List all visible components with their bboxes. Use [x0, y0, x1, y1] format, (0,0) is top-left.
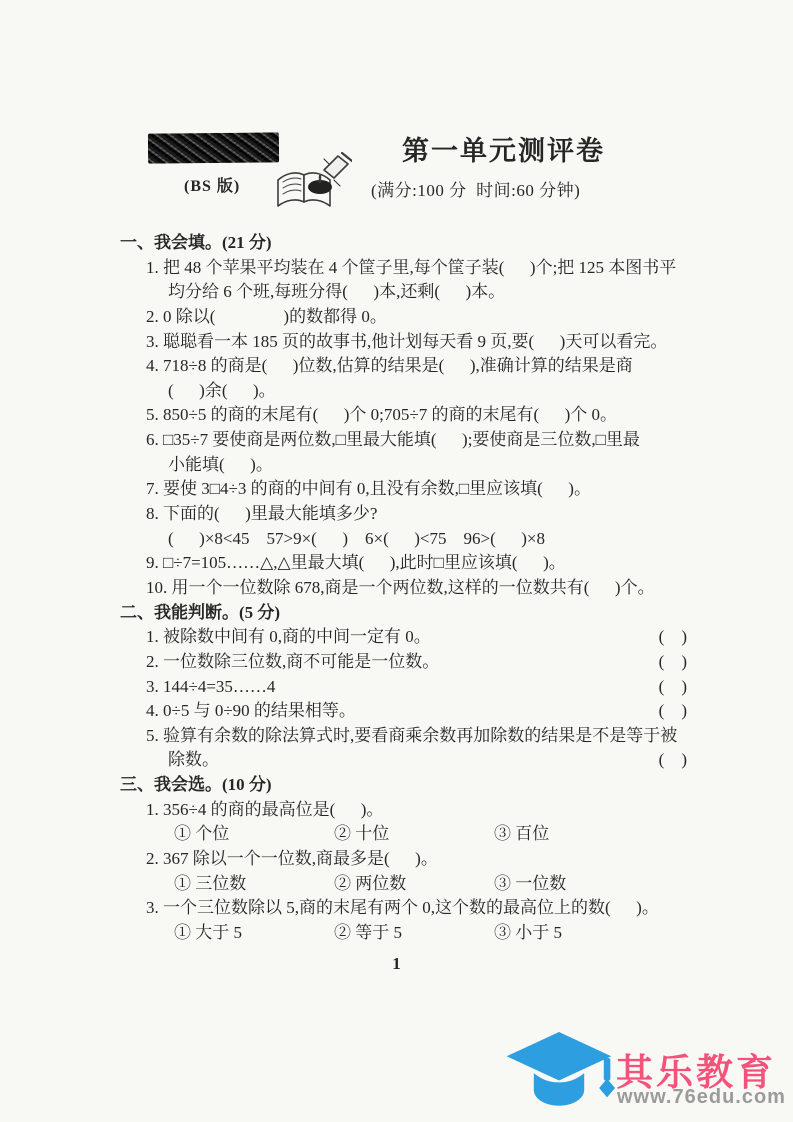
fill-line: 4. 718÷8 的商是( )位数,估算的结果是( ),准确计算的结果是商 — [120, 354, 687, 379]
fill-line: 1. 把 48 个苹果平均装在 4 个筐子里,每个筐子装( )个;把 125 本… — [120, 256, 687, 281]
judge-answer-blank: ( ) — [659, 650, 687, 675]
choice-option: ① 三位数 — [174, 872, 334, 897]
book-microscope-illustration — [274, 150, 352, 215]
fill-line: 9. □÷7=105……△,△里最大填( ),此时□里应该填( )。 — [120, 551, 687, 576]
choice-options: ① 三位数 ② 两位数 ③ 一位数 — [120, 872, 687, 897]
brand-url: www.76edu.com — [617, 1086, 786, 1109]
judge-line: 除数。 ( ) — [120, 748, 687, 773]
judge-text: 除数。 — [168, 748, 219, 773]
judge-line: 1. 被除数中间有 0,商的中间一定有 0。 ( ) — [120, 625, 687, 650]
judge-answer-blank: ( ) — [659, 675, 687, 700]
fill-line: 均分给 6 个班,每班分得( )本,还剩( )本。 — [120, 280, 687, 305]
judge-line: 5. 验算有余数的除法算式时,要看商乘余数再加除数的结果是不是等于被 — [120, 724, 687, 749]
fill-line: 小能填( )。 — [120, 453, 687, 478]
judge-answer-blank: ( ) — [659, 748, 687, 773]
choice-question: 3. 一个三位数除以 5,商的末尾有两个 0,这个数的最高位上的数( )。 — [120, 896, 687, 921]
choice-option: ① 大于 5 — [174, 921, 334, 946]
judge-text: 3. 144÷4=35……4 — [146, 675, 275, 700]
fill-line: 5. 850÷5 的商的末尾有( )个 0;705÷7 的商的末尾有( )个 0… — [120, 403, 687, 428]
section-fill-heading: 一、我会填。(21 分) — [120, 231, 687, 256]
choice-option: ① 个位 — [174, 822, 334, 847]
paper-body: 一、我会填。(21 分) 1. 把 48 个苹果平均装在 4 个筐子里,每个筐子… — [120, 231, 687, 946]
judge-text: 2. 一位数除三位数,商不可能是一位数。 — [146, 650, 439, 675]
judge-text: 1. 被除数中间有 0,商的中间一定有 0。 — [146, 625, 431, 650]
test-paper-page: (BS 版) 第一单元测评卷 (满分:100 分 时间:60 分钟) 一、我会填… — [0, 0, 793, 1122]
judge-answer-blank: ( ) — [659, 699, 687, 724]
paper-title: 第一单元测评卷 — [402, 129, 605, 168]
choice-options: ① 大于 5 ② 等于 5 ③ 小于 5 — [120, 921, 687, 946]
fill-line: 6. □35÷7 要使商是两位数,□里最大能填( );要使商是三位数,□里最 — [120, 428, 687, 453]
fill-line: 3. 聪聪看一本 185 页的故事书,他计划每天看 9 页,要( )天可以看完。 — [120, 330, 687, 355]
fill-line: ( )余( )。 — [120, 379, 687, 404]
section-judge-heading: 二、我能判断。(5 分) — [120, 601, 687, 626]
paper-subtitle: (满分:100 分 时间:60 分钟) — [371, 176, 580, 201]
graduation-cap-icon — [503, 1030, 615, 1122]
judge-answer-blank: ( ) — [659, 625, 687, 650]
choice-option: ③ 百位 — [494, 822, 654, 847]
choice-option: ② 两位数 — [334, 872, 494, 897]
choice-question: 1. 356÷4 的商的最高位是( )。 — [120, 798, 687, 823]
choice-options: ① 个位 ② 十位 ③ 百位 — [120, 822, 687, 847]
fill-line: 10. 用一个一位数除 678,商是一个两位数,这样的一位数共有( )个。 — [120, 576, 687, 601]
section-choice-heading: 三、我会选。(10 分) — [120, 773, 687, 798]
fill-line: 7. 要使 3□4÷3 的商的中间有 0,且没有余数,□里应该填( )。 — [120, 477, 687, 502]
redacted-logo-block — [148, 132, 279, 163]
choice-option: ② 等于 5 — [334, 921, 494, 946]
judge-line: 3. 144÷4=35……4 ( ) — [120, 675, 687, 700]
choice-option: ③ 一位数 — [494, 872, 654, 897]
edition-label: (BS 版) — [184, 173, 240, 196]
fill-line: 8. 下面的( )里最大能填多少? — [120, 502, 687, 527]
fill-line: 2. 0 除以( )的数都得 0。 — [120, 305, 687, 330]
page-number: 1 — [0, 954, 793, 974]
choice-option: ③ 小于 5 — [494, 921, 654, 946]
judge-line: 2. 一位数除三位数,商不可能是一位数。 ( ) — [120, 650, 687, 675]
choice-option: ② 十位 — [334, 822, 494, 847]
fill-line: ( )×8<45 57>9×( ) 6×( )<75 96>( )×8 — [120, 527, 687, 552]
judge-text: 4. 0÷5 与 0÷90 的结果相等。 — [146, 699, 356, 724]
judge-line: 4. 0÷5 与 0÷90 的结果相等。 ( ) — [120, 699, 687, 724]
choice-question: 2. 367 除以一个一位数,商最多是( )。 — [120, 847, 687, 872]
